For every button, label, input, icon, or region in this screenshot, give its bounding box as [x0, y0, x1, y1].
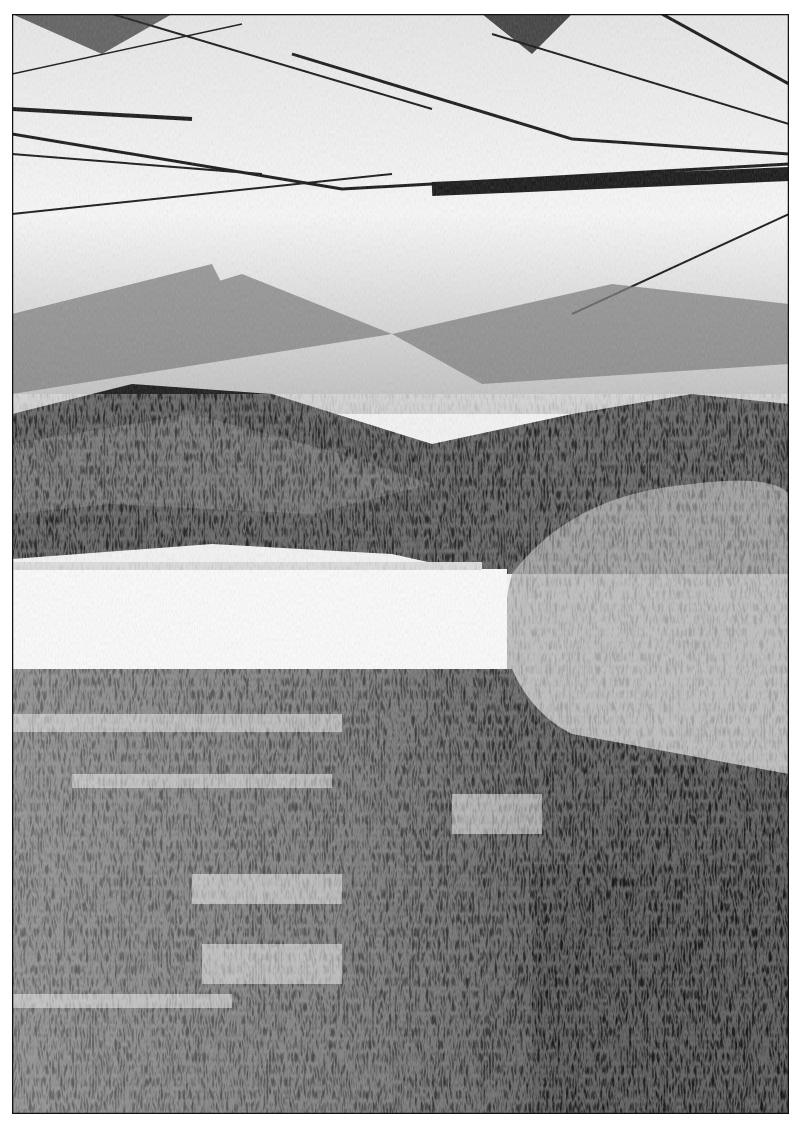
artwork-canvas [12, 14, 789, 1114]
paper-grain [12, 14, 789, 1114]
monoprint-artwork [12, 14, 789, 1114]
